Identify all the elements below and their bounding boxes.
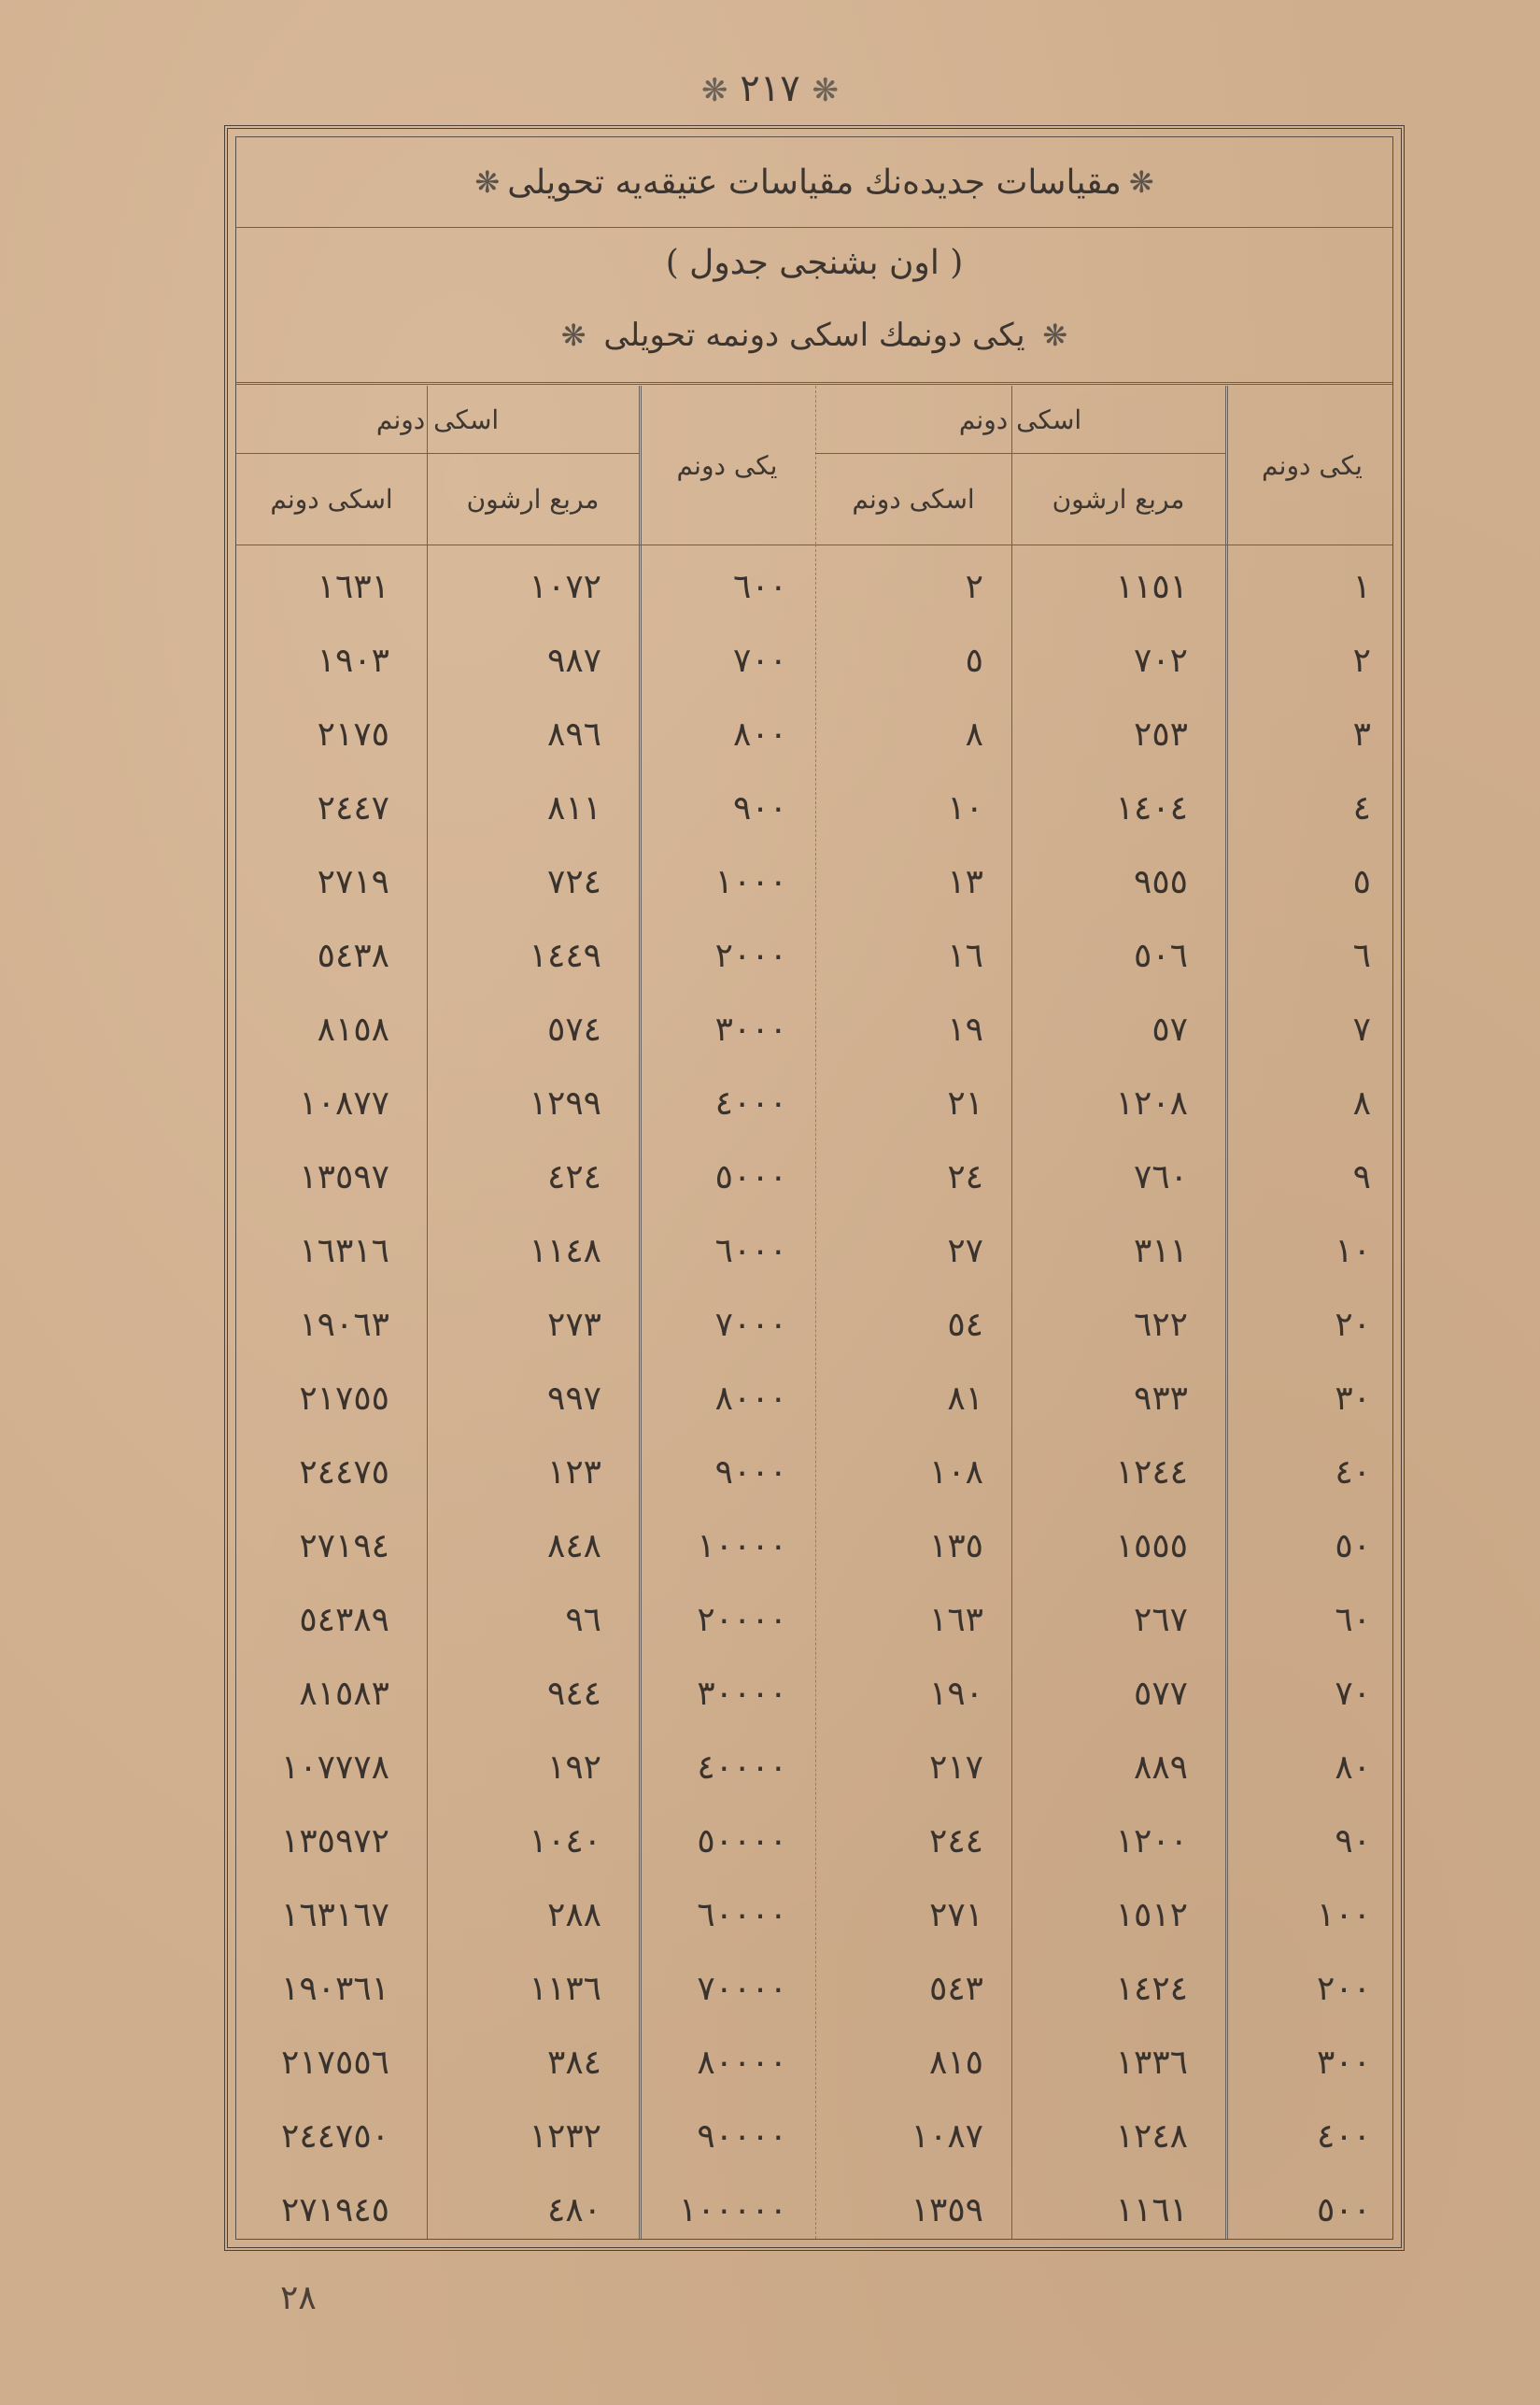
table-row: ١٦٣١٦٧٢٨٨٦٠٠٠٠٢٧١١٥١٢١٠٠	[236, 1878, 1392, 1952]
right-old-cell: ٢٧	[815, 1214, 1011, 1288]
left-new-cell: ١٠٠٠٠	[639, 1509, 815, 1583]
ornament-icon: ❋	[1042, 318, 1067, 353]
table-title: مقیاسات جدیده‌نك مقیاسات عتیقه‌یه تحویلی	[507, 163, 1122, 202]
right-old-cell: ١٩٠	[815, 1657, 1011, 1731]
right-new-cell: ٥٠	[1225, 1509, 1399, 1583]
left-new-cell: ١٠٠٠٠٠	[639, 2173, 815, 2247]
left-new-cell: ٨٠٠٠	[639, 1362, 815, 1436]
left-old-cell: ٥٤٣٨	[236, 919, 427, 993]
table-row: ٥٤٣٨٩٩٦٢٠٠٠٠١٦٣٢٦٧٦٠	[236, 1583, 1392, 1657]
right-old-cell: ٢	[815, 550, 1011, 624]
right-arshin-cell: ٥٧٧	[1011, 1657, 1225, 1731]
right-old-cell: ١٠	[815, 771, 1011, 845]
table-row: ١٦٣١٦١١٤٨٦٠٠٠٢٧٣١١١٠	[236, 1214, 1392, 1288]
right-new-cell: ١	[1225, 550, 1399, 624]
left-arshin-cell: ١٢٣	[427, 1436, 639, 1509]
right-arshin-cell: ٨٨٩	[1011, 1731, 1225, 1804]
left-old-cell: ٥٤٣٨٩	[236, 1583, 427, 1657]
right-old-cell: ٢١٧	[815, 1731, 1011, 1804]
left-old-cell: ١٣٥٩٧٢	[236, 1804, 427, 1878]
left-new-cell: ٤٠٠٠٠	[639, 1731, 815, 1804]
left-arshin-cell: ٤٨٠	[427, 2173, 639, 2247]
table-row: ٢١٧٥٥٦٣٨٤٨٠٠٠٠٨١٥١٣٣٦٣٠٠	[236, 2026, 1392, 2100]
left-new-cell: ٤٠٠٠	[639, 1067, 815, 1140]
left-old-cell: ١٩٠٣	[236, 624, 427, 698]
right-old-cell: ١٣٥٩	[815, 2173, 1011, 2247]
left-old-cell: ٢١٧٥٥٦	[236, 2026, 427, 2100]
right-arshin-cell: ٩٥٥	[1011, 845, 1225, 919]
left-old-cell: ١٩٠٣٦١	[236, 1952, 427, 2026]
right-arshin-cell: ٥٧	[1011, 993, 1225, 1067]
right-new-cell: ٥	[1225, 845, 1399, 919]
ornament-icon: ❋	[812, 72, 839, 109]
left-new-cell: ٨٠٠٠٠	[639, 2026, 815, 2100]
header-right-old-donum: اسكی دونم	[815, 453, 1011, 545]
right-new-cell: ١٠٠	[1225, 1878, 1399, 1952]
left-arshin-cell: ٩٩٧	[427, 1362, 639, 1436]
right-new-cell: ٤	[1225, 771, 1399, 845]
right-arshin-cell: ٣١١	[1011, 1214, 1225, 1288]
right-new-cell: ١٠	[1225, 1214, 1399, 1288]
right-arshin-cell: ١١٥١	[1011, 550, 1225, 624]
page-number: ❋ ٢١٧ ❋	[0, 67, 1540, 110]
left-new-cell: ٥٠٠٠	[639, 1140, 815, 1214]
right-arshin-cell: ١٢٠٠	[1011, 1804, 1225, 1878]
right-old-cell: ١٣٥	[815, 1509, 1011, 1583]
left-arshin-cell: ١١٣٦	[427, 1952, 639, 2026]
left-arshin-cell: ٨١١	[427, 771, 639, 845]
right-new-cell: ٢	[1225, 624, 1399, 698]
right-arshin-cell: ٢٥٣	[1011, 698, 1225, 771]
right-old-cell: ٢١	[815, 1067, 1011, 1140]
right-arshin-cell: ١٤٢٤	[1011, 1952, 1225, 2026]
table-subtitle: ❋ یكی دونمك اسكی دونمه تحویلی ❋	[236, 317, 1392, 354]
left-new-cell: ٣٠٠٠٠	[639, 1657, 815, 1731]
header-left-old-donum-group: اسكی دونم	[236, 386, 639, 453]
left-old-cell: ١٠٨٧٧	[236, 1067, 427, 1140]
header-right-old-donum-group: اسكی دونم	[815, 386, 1225, 453]
left-new-cell: ٩٠٠٠٠	[639, 2100, 815, 2173]
right-old-cell: ١٠٨٧	[815, 2100, 1011, 2173]
right-new-cell: ٣٠٠	[1225, 2026, 1399, 2100]
left-old-cell: ٨١٥٨	[236, 993, 427, 1067]
header-left-old-donum: اسكی دونم	[236, 453, 427, 545]
left-arshin-cell: ١٢٩٩	[427, 1067, 639, 1140]
left-old-cell: ٢١٧٥٥	[236, 1362, 427, 1436]
right-arshin-cell: ٥٠٦	[1011, 919, 1225, 993]
table-subtitle-block: ( اون بشنجی جدول ) ❋ یكی دونمك اسكی دونم…	[236, 227, 1392, 385]
right-new-cell: ٦٠	[1225, 1583, 1399, 1657]
left-new-cell: ٧٠٠٠	[639, 1288, 815, 1362]
right-new-cell: ٩	[1225, 1140, 1399, 1214]
table-row: ٢٤٤٧٥٠١٢٣٢٩٠٠٠٠١٠٨٧١٢٤٨٤٠٠	[236, 2100, 1392, 2173]
table-row: ٢٧١٩٤٥٤٨٠١٠٠٠٠٠١٣٥٩١١٦١٥٠٠	[236, 2173, 1392, 2247]
left-old-cell: ١٦٣١٦٧	[236, 1878, 427, 1952]
right-old-cell: ١٦٣	[815, 1583, 1011, 1657]
table-row: ٢٤٤٧٥١٢٣٩٠٠٠١٠٨١٢٤٤٤٠	[236, 1436, 1392, 1509]
right-old-cell: ١٠٨	[815, 1436, 1011, 1509]
right-new-cell: ٤٠	[1225, 1436, 1399, 1509]
right-arshin-cell: ٧٠٢	[1011, 624, 1225, 698]
table-row: ١٦٣١١٠٧٢٦٠٠٢١١٥١١	[236, 550, 1392, 624]
left-old-cell: ٢١٧٥	[236, 698, 427, 771]
left-new-cell: ٦٠٠٠٠	[639, 1878, 815, 1952]
right-arshin-cell: ٧٦٠	[1011, 1140, 1225, 1214]
right-arshin-cell: ٢٦٧	[1011, 1583, 1225, 1657]
left-arshin-cell: ٩٦	[427, 1583, 639, 1657]
left-new-cell: ٩٠٠٠	[639, 1436, 815, 1509]
table-title-row: ❋ مقیاسات جدیده‌نك مقیاسات عتیقه‌یه تحوی…	[236, 137, 1392, 228]
table-row: ٢١٧٥٥٩٩٧٨٠٠٠٨١٩٣٣٣٠	[236, 1362, 1392, 1436]
right-arshin-cell: ٩٣٣	[1011, 1362, 1225, 1436]
left-new-cell: ٦٠٠	[639, 550, 815, 624]
right-arshin-cell: ١٢٠٨	[1011, 1067, 1225, 1140]
table-number-label: ( اون بشنجی جدول )	[236, 244, 1392, 282]
left-arshin-cell: ١٩٢	[427, 1731, 639, 1804]
left-arshin-cell: ١٠٤٠	[427, 1804, 639, 1878]
left-arshin-cell: ١٤٤٩	[427, 919, 639, 993]
right-arshin-cell: ١١٦١	[1011, 2173, 1225, 2247]
left-arshin-cell: ٩٨٧	[427, 624, 639, 698]
ornament-icon: ❋	[1129, 164, 1154, 200]
left-arshin-cell: ٨٩٦	[427, 698, 639, 771]
left-old-cell: ٨١٥٨٣	[236, 1657, 427, 1731]
left-new-cell: ٥٠٠٠٠	[639, 1804, 815, 1878]
ornament-icon: ❋	[701, 72, 728, 109]
ornament-icon: ❋	[474, 164, 500, 200]
left-arshin-cell: ٩٤٤	[427, 1657, 639, 1731]
right-new-cell: ٢٠	[1225, 1288, 1399, 1362]
left-old-cell: ١٩٠٦٣	[236, 1288, 427, 1362]
left-arshin-cell: ٤٢٤	[427, 1140, 639, 1214]
left-new-cell: ٢٠٠٠	[639, 919, 815, 993]
table-frame: ❋ مقیاسات جدیده‌نك مقیاسات عتیقه‌یه تحوی…	[235, 136, 1393, 2240]
left-old-cell: ٢٤٤٧	[236, 771, 427, 845]
left-new-cell: ٨٠٠	[639, 698, 815, 771]
right-new-cell: ٣	[1225, 698, 1399, 771]
conversion-table: ❋ مقیاسات جدیده‌نك مقیاسات عتیقه‌یه تحوی…	[224, 125, 1405, 2251]
left-arshin-cell: ١١٤٨	[427, 1214, 639, 1288]
table-row: ٢٤٤٧٨١١٩٠٠١٠١٤٠٤٤	[236, 771, 1392, 845]
ornament-icon: ❋	[561, 318, 586, 353]
left-new-cell: ٩٠٠	[639, 771, 815, 845]
page-number-text: ٢١٧	[740, 67, 799, 110]
right-new-cell: ٢٠٠	[1225, 1952, 1399, 2026]
left-arshin-cell: ١٠٧٢	[427, 550, 639, 624]
left-old-cell: ١٠٧٧٧٨	[236, 1731, 427, 1804]
right-new-cell: ٦	[1225, 919, 1399, 993]
right-old-cell: ٢٤٤	[815, 1804, 1011, 1878]
left-old-cell: ١٦٣١	[236, 550, 427, 624]
table-row: ١٠٧٧٧٨١٩٢٤٠٠٠٠٢١٧٨٨٩٨٠	[236, 1731, 1392, 1804]
right-new-cell: ٧	[1225, 993, 1399, 1067]
left-new-cell: ٧٠٠	[639, 624, 815, 698]
right-new-cell: ٥٠٠	[1225, 2173, 1399, 2247]
table-row: ١٩٠٣٦١١١٣٦٧٠٠٠٠٥٤٣١٤٢٤٢٠٠	[236, 1952, 1392, 2026]
left-new-cell: ٧٠٠٠٠	[639, 1952, 815, 2026]
table-row: ١٣٥٩٧٤٢٤٥٠٠٠٢٤٧٦٠٩	[236, 1140, 1392, 1214]
table-row: ٥٤٣٨١٤٤٩٢٠٠٠١٦٥٠٦٦	[236, 919, 1392, 993]
left-new-cell: ١٠٠٠	[639, 845, 815, 919]
left-arshin-cell: ١٢٣٢	[427, 2100, 639, 2173]
right-arshin-cell: ١٣٣٦	[1011, 2026, 1225, 2100]
table-row: ١٩٠٦٣٢٧٣٧٠٠٠٥٤٦٢٢٢٠	[236, 1288, 1392, 1362]
table-row: ١٠٨٧٧١٢٩٩٤٠٠٠٢١١٢٠٨٨	[236, 1067, 1392, 1140]
header-right-square-arshin: مربع ارشون	[1011, 453, 1225, 545]
right-new-cell: ٤٠٠	[1225, 2100, 1399, 2173]
left-arshin-cell: ٢٨٨	[427, 1878, 639, 1952]
table-row: ٢٧١٩٧٢٤١٠٠٠١٣٩٥٥٥	[236, 845, 1392, 919]
left-old-cell: ١٦٣١٦	[236, 1214, 427, 1288]
table-row: ٨١٥٨٥٧٤٣٠٠٠١٩٥٧٧	[236, 993, 1392, 1067]
right-arshin-cell: ١٥١٢	[1011, 1878, 1225, 1952]
header-left-square-arshin: مربع ارشون	[427, 453, 639, 545]
right-old-cell: ٨١	[815, 1362, 1011, 1436]
right-arshin-cell: ١٢٤٤	[1011, 1436, 1225, 1509]
right-old-cell: ٢٤	[815, 1140, 1011, 1214]
table-body: ١٦٣١١٠٧٢٦٠٠٢١١٥١١١٩٠٣٩٨٧٧٠٠٥٧٠٢٢٢١٧٥٨٩٦٨…	[236, 545, 1392, 2239]
right-arshin-cell: ٦٢٢	[1011, 1288, 1225, 1362]
right-old-cell: ٥٤	[815, 1288, 1011, 1362]
table-row: ١٣٥٩٧٢١٠٤٠٥٠٠٠٠٢٤٤١٢٠٠٩٠	[236, 1804, 1392, 1878]
table-subtitle-text: یكی دونمك اسكی دونمه تحویلی	[603, 317, 1024, 354]
right-old-cell: ٨	[815, 698, 1011, 771]
left-arshin-cell: ٧٢٤	[427, 845, 639, 919]
right-arshin-cell: ١٥٥٥	[1011, 1509, 1225, 1583]
table-row: ٢٧١٩٤٨٤٨١٠٠٠٠١٣٥١٥٥٥٥٠	[236, 1509, 1392, 1583]
table-row: ٢١٧٥٨٩٦٨٠٠٨٢٥٣٣	[236, 698, 1392, 771]
left-new-cell: ٢٠٠٠٠	[639, 1583, 815, 1657]
left-arshin-cell: ٥٧٤	[427, 993, 639, 1067]
left-old-cell: ٢٧١٩٤٥	[236, 2173, 427, 2247]
right-arshin-cell: ١٤٠٤	[1011, 771, 1225, 845]
right-old-cell: ٨١٥	[815, 2026, 1011, 2100]
right-new-cell: ٣٠	[1225, 1362, 1399, 1436]
left-old-cell: ٢٧١٩	[236, 845, 427, 919]
left-old-cell: ٢٧١٩٤	[236, 1509, 427, 1583]
right-old-cell: ١٣	[815, 845, 1011, 919]
right-new-cell: ٩٠	[1225, 1804, 1399, 1878]
right-new-cell: ٧٠	[1225, 1657, 1399, 1731]
left-new-cell: ٣٠٠٠	[639, 993, 815, 1067]
left-old-cell: ٢٤٤٧٥	[236, 1436, 427, 1509]
right-old-cell: ٥	[815, 624, 1011, 698]
left-old-cell: ٢٤٤٧٥٠	[236, 2100, 427, 2173]
right-old-cell: ١٩	[815, 993, 1011, 1067]
header-left-new-donum: یكی دونم	[639, 386, 815, 545]
right-old-cell: ٢٧١	[815, 1878, 1011, 1952]
right-old-cell: ٥٤٣	[815, 1952, 1011, 2026]
left-old-cell: ١٣٥٩٧	[236, 1140, 427, 1214]
right-old-cell: ١٦	[815, 919, 1011, 993]
right-new-cell: ٨٠	[1225, 1731, 1399, 1804]
table-row: ١٩٠٣٩٨٧٧٠٠٥٧٠٢٢	[236, 624, 1392, 698]
left-arshin-cell: ٢٧٣	[427, 1288, 639, 1362]
table-row: ٨١٥٨٣٩٤٤٣٠٠٠٠١٩٠٥٧٧٧٠	[236, 1657, 1392, 1731]
header-right-new-donum: یكی دونم	[1225, 386, 1399, 545]
right-arshin-cell: ١٢٤٨	[1011, 2100, 1225, 2173]
left-arshin-cell: ٨٤٨	[427, 1509, 639, 1583]
left-new-cell: ٦٠٠٠	[639, 1214, 815, 1288]
signature-number: ٢٨	[280, 2279, 317, 2317]
column-header: اسكی دونم اسكی دونم مربع ارشون یكی دونم …	[236, 386, 1392, 545]
left-arshin-cell: ٣٨٤	[427, 2026, 639, 2100]
right-new-cell: ٨	[1225, 1067, 1399, 1140]
